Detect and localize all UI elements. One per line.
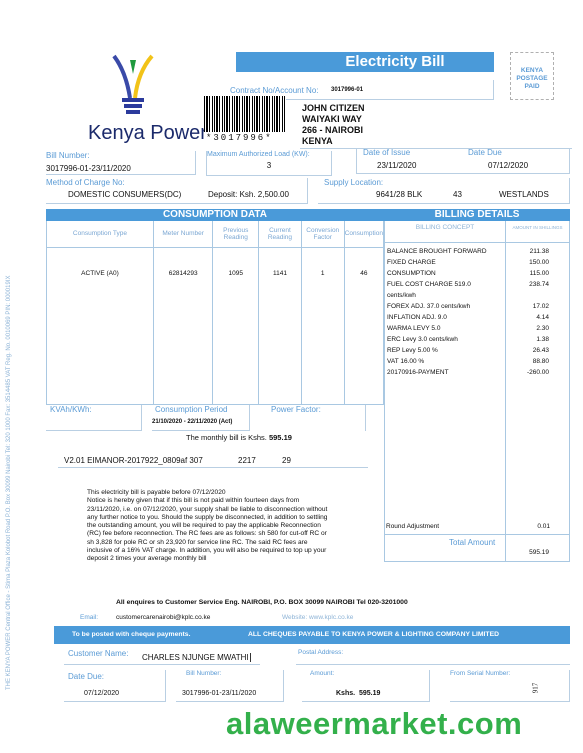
billing-item: INFLATION ADJ. 9.04.14 [387,312,567,323]
barcode-text: *3017996* [206,133,273,143]
billing-items: BALANCE BROUGHT FORWARD211.38FIXED CHARG… [385,243,569,378]
cheque-bar: To be posted with cheque payments. ALL C… [54,626,570,644]
consumption-table: Consumption Type Meter Number Previous R… [46,221,384,404]
total-amount-box: Total Amount 595.19 [384,534,570,562]
email-label: Email: [80,614,98,621]
consumption-period-box: Consumption Period 21/10/2020 - 22/11/20… [152,405,250,431]
bill-number-box: Bill Number: 3017996-01-23/11/2020 [46,151,196,175]
billing-amount: 211.38 [530,248,567,255]
billing-amount: 1.38 [536,336,567,343]
slip-bill-number-box: Bill Number: 3017996-01-23/11/2020 [176,670,284,702]
deposit-value: Deposit: Ksh. 2,500.00 [208,190,289,199]
billing-item: CONSUMPTION115.00 [387,268,567,279]
round-adjustment-label: Round Adjustment [386,523,504,534]
supply-location-label: Supply Location: [318,178,569,187]
consumption-period-label: Consumption Period [152,405,249,414]
website-link[interactable]: Website: www.kplc.co.ke [282,614,353,621]
bill-number-value: 3017996-01-23/11/2020 [46,164,195,173]
total-amount-value: 595.19 [529,549,549,556]
billing-concept: FOREX ADJ. 37.0 cents/kwh [387,303,505,310]
billing-item: FOREX ADJ. 37.0 cents/kwh17.02 [387,301,567,312]
customer-name-value: CHARLES NJUNGE MWATHI [142,653,251,662]
bulb-logo-icon [108,52,158,122]
round-adjustment-row: Round Adjustment 0.01 [386,523,570,534]
power-factor-box: Power Factor: [268,405,366,431]
cheque-note: To be posted with cheque payments. [72,626,190,644]
method-box: Method of Charge No: DOMESTIC CONSUMERS(… [46,178,308,204]
col-header: Meter Number [153,221,213,247]
address-line: JOHN CITIZEN [302,103,365,114]
slip-bill-number-value: 3017996-01-23/11/2020 [182,690,256,697]
cell: 1095 [213,247,259,404]
slip-due-date-value: 07/12/2020 [84,690,119,697]
reference-code: V2.01 EIMANOR-2017922_0809af 307 [64,456,203,465]
billing-concept-header: BILLING CONCEPT [385,221,505,242]
billing-concept: 20170916-PAYMENT [387,369,505,376]
billing-amount: 4.14 [536,314,567,321]
consumption-period-value: 21/10/2020 - 22/11/2020 (Act) [152,419,249,425]
method-value: DOMESTIC CONSUMERS(DC) [68,190,181,199]
kenya-power-logo [108,52,158,122]
round-adjustment-value: 0.01 [504,523,570,534]
stamp-line: POSTAGE [511,75,553,83]
billing-amount: 115.00 [530,270,567,277]
col-header: Consumption Type [47,221,154,247]
max-load-value: 3 [207,161,331,170]
billing-item: REP Levy 5.00 %26.43 [387,345,567,356]
bill-title: Electricity Bill [236,52,494,72]
supply-block: 43 [453,190,462,199]
cell: 1 [301,247,344,404]
billing-item: cents/kwh [387,290,567,301]
billing-amount: 88.80 [533,358,567,365]
stamp-line: PAID [511,83,553,91]
payment-notice: This electricity bill is payable before … [87,489,333,564]
email-link[interactable]: customercarenairobi@kplc.co.ke [116,614,210,621]
monthly-bill-text: The monthly bill is Kshs. 595.19 [186,433,292,442]
billing-item: VAT 16.00 %88.80 [387,356,567,367]
barcode [204,96,286,132]
max-load-box: Maximum Authorized Load (KW): 3 [206,151,332,176]
disconnection-notice: Notice is hereby given that if this bill… [87,497,333,563]
due-date-value: 07/12/2020 [462,161,569,170]
billing-details-header: BILLING DETAILS [384,209,570,221]
monthly-bill-amount: 595.19 [269,433,292,442]
billing-concept: REP Levy 5.00 % [387,347,505,354]
billing-concept: VAT 16.00 % [387,358,505,365]
billing-concept: INFLATION ADJ. 9.0 [387,314,505,321]
billing-header-row: BILLING CONCEPT AMOUNT IN SHILLINGS [385,221,569,243]
issue-date-label: Date of Issue [357,148,462,157]
contract-value: 3017996-01 [331,87,363,93]
serial-number-label: From Serial Number: [450,670,569,677]
cell: 46 [344,247,383,404]
stamp-line: KENYA [511,67,553,75]
billing-concept: FIXED CHARGE [387,259,505,266]
issue-date-value: 23/11/2020 [357,161,462,170]
col-header: Current Reading [259,221,302,247]
billing-item: ERC Levy 3.0 cents/kwh1.38 [387,334,567,345]
customer-name-box: Customer Name: CHARLES NJUNGE MWATHI [64,647,260,665]
slip-bill-number-label: Bill Number: [176,670,283,677]
serial-number-box: From Serial Number: 917 [450,670,570,702]
col-header: Consumption [344,221,383,247]
company-name: Kenya Power [88,122,207,145]
billing-concept: cents/kwh [387,292,505,299]
postal-address-box: Postal Address: [296,647,570,665]
cell: 62814293 [153,247,213,404]
billing-divider [505,243,506,536]
billing-item: BALANCE BROUGHT FORWARD211.38 [387,246,567,257]
address-line: WAIYAKI WAY [302,114,365,125]
recipient-address: JOHN CITIZEN WAIYAKI WAY 266 - NAIROBI K… [302,103,365,147]
monthly-bill-prefix: The monthly bill is Kshs. [186,433,267,442]
billing-concept: FUEL COST CHARGE 519.0 [387,281,505,288]
watermark: alaweermarket.com [226,706,522,742]
due-date-box: Date Due 07/12/2020 [462,148,570,174]
total-divider [505,535,506,561]
table-row: ACTIVE (A0) 62814293 1095 1141 1 46 [47,247,384,404]
due-date-label: Date Due [462,148,569,157]
power-factor-label: Power Factor: [268,405,365,414]
slip-amount-value: Kshs. 595.19 [336,690,380,697]
reference-num-2: 29 [282,456,291,465]
billing-table: BILLING CONCEPT AMOUNT IN SHILLINGS BALA… [384,221,570,536]
billing-amount-header: AMOUNT IN SHILLINGS [505,221,569,242]
slip-amount-box: Amount: Kshs. 595.19 [302,670,430,702]
cheque-payable: ALL CHEQUES PAYABLE TO KENYA POWER & LIG… [248,626,499,644]
postal-address-label: Postal Address: [298,649,343,656]
supply-location-box: Supply Location: 9641/28 BLK 43 WESTLAND… [318,178,570,204]
side-company-info: THE KENYA POWER Central Office - Stima P… [6,190,12,690]
billing-item: WARMA LEVY 5.02.30 [387,323,567,334]
slip-amount-label: Amount: [302,670,429,677]
reference-row: V2.01 EIMANOR-2017922_0809af 307 2217 29 [58,456,368,468]
col-header: Previous Reading [213,221,259,247]
billing-amount: 2.30 [536,325,567,332]
address-line: KENYA [302,136,365,147]
payable-before-text: This electricity bill is payable before … [87,489,333,497]
contract-label: Contract No/Account No: [230,86,318,95]
kvah-box: KVAh/KWh: [46,405,142,431]
billing-item: FIXED CHARGE150.00 [387,257,567,268]
reference-num-1: 2217 [238,456,256,465]
billing-concept: WARMA LEVY 5.0 [387,325,505,332]
col-header: Conversion Factor [301,221,344,247]
serial-number-value: 917 [531,683,539,694]
kvah-label: KVAh/KWh: [46,405,141,414]
bill-number-label: Bill Number: [46,151,195,160]
consumption-data-header: CONSUMPTION DATA [46,209,384,221]
supply-plot: 9641/28 BLK [376,190,422,199]
billing-item: 20170916-PAYMENT-260.00 [387,367,567,378]
issue-date-box: Date of Issue 23/11/2020 [356,148,462,174]
billing-concept: ERC Levy 3.0 cents/kwh [387,336,505,343]
billing-concept: BALANCE BROUGHT FORWARD [387,248,505,255]
slip-due-date-box: Date Due: 07/12/2020 [64,670,166,702]
billing-item: FUEL COST CHARGE 519.0238.74 [387,279,567,290]
slip-due-date-label: Date Due: [64,670,165,681]
billing-amount: 238.74 [529,281,567,288]
address-line: 266 - NAIROBI [302,125,365,136]
supply-area: WESTLANDS [499,190,549,199]
total-amount-label: Total Amount [449,538,495,547]
max-load-label: Maximum Authorized Load (KW): [207,151,331,158]
billing-amount: 17.02 [533,303,567,310]
customer-name-label: Customer Name: [68,649,128,658]
billing-amount: -260.00 [527,369,567,376]
postage-stamp: KENYA POSTAGE PAID [510,52,554,100]
cell: ACTIVE (A0) [47,247,154,404]
billing-amount: 26.43 [533,347,567,354]
method-label: Method of Charge No: [46,178,307,187]
enquiries-text: All enquires to Customer Service Eng. NA… [116,599,408,606]
billing-amount: 150.00 [529,259,567,266]
billing-concept: CONSUMPTION [387,270,505,277]
cell: 1141 [259,247,302,404]
email-row: Email: customercarenairobi@kplc.co.ke We… [80,614,480,621]
